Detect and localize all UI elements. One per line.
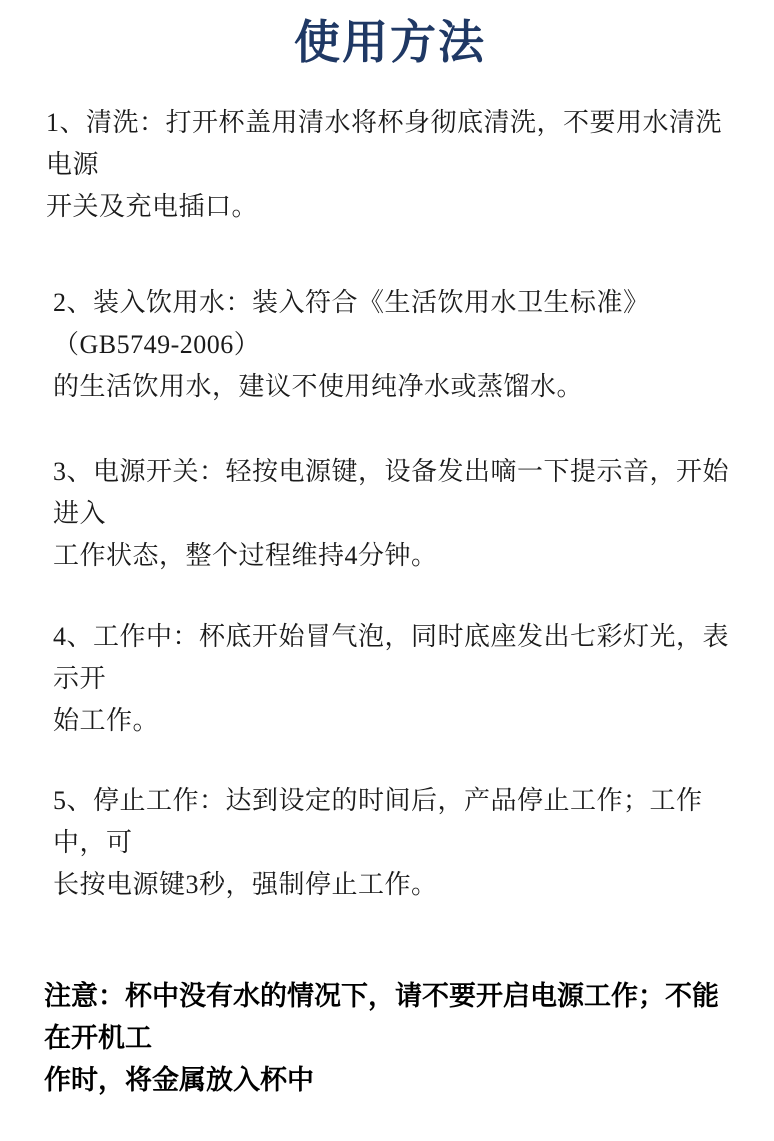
instruction-step-1: 1、清洗：打开杯盖用清水将杯身彻底清洗，不要用水清洗电源 开关及充电插口。 [46, 102, 734, 228]
instruction-step-5: 5、停止工作：达到设定的时间后，产品停止工作；工作中，可 长按电源键3秒，强制停… [46, 780, 734, 906]
instruction-step-3: 3、电源开关：轻按电源键，设备发出嘀一下提示音，开始进入 工作状态，整个过程维持… [46, 451, 734, 577]
instruction-step-4: 4、工作中：杯底开始冒气泡，同时底座发出七彩灯光，表示开 始工作。 [46, 616, 734, 742]
usage-method-document: 使用方法 1、清洗：打开杯盖用清水将杯身彻底清洗，不要用水清洗电源 开关及充电插… [0, 0, 774, 1141]
instructions-section: 1、清洗：打开杯盖用清水将杯身彻底清洗，不要用水清洗电源 开关及充电插口。 2、… [46, 102, 734, 906]
instruction-step-2: 2、装入饮用水：装入符合《生活饮用水卫生标准》（GB5749-2006） 的生活… [46, 282, 734, 408]
safety-notice: 注意：杯中没有水的情况下，请不要开启电源工作；不能在开机工 作时，将金属放入杯中 [44, 975, 734, 1101]
page-title: 使用方法 [46, 14, 734, 70]
